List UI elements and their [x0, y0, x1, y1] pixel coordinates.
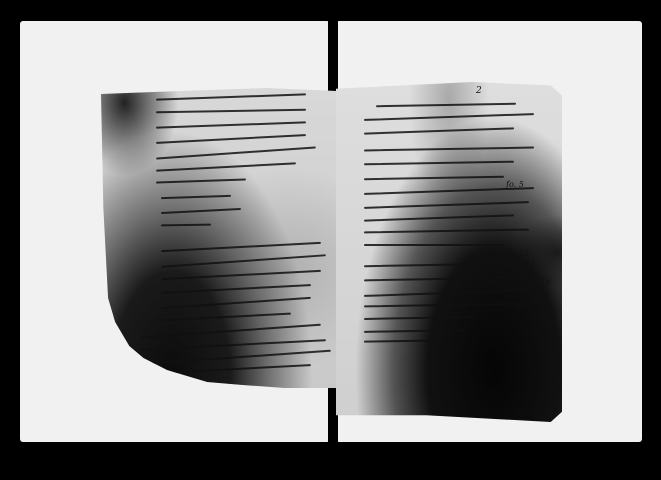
handwriting-line — [161, 195, 231, 199]
handwriting-line — [364, 303, 524, 308]
handwriting-line — [156, 146, 316, 159]
handwriting-line — [161, 270, 321, 280]
handwriting-line — [156, 178, 246, 183]
handwriting-line — [161, 364, 311, 374]
folio-mark: fo. 14 — [512, 260, 535, 269]
handwriting-line — [161, 284, 311, 294]
handwriting-line — [364, 244, 504, 246]
folio-mark: fo. 12 — [506, 249, 529, 258]
handwriting-line — [156, 121, 306, 128]
handwriting-line — [364, 329, 464, 333]
handwriting-line — [151, 350, 331, 365]
handwriting-line — [364, 176, 504, 180]
handwriting-line — [364, 316, 474, 320]
handwriting-line — [376, 103, 516, 107]
handwriting-line — [156, 93, 306, 100]
handwriting-line — [161, 297, 311, 309]
handwriting-line — [161, 208, 241, 214]
handwriting-line — [364, 161, 514, 166]
handwriting-line — [364, 339, 444, 342]
handwriting-line — [364, 187, 534, 195]
handwriting-line — [156, 162, 296, 171]
handwriting-line — [364, 277, 519, 282]
handwriting-line — [161, 224, 211, 227]
handwriting-line — [141, 339, 326, 351]
handwriting-line — [161, 313, 291, 322]
handwriting-line — [364, 201, 529, 209]
handwriting-line — [364, 229, 529, 234]
manuscript-page-left — [101, 88, 337, 388]
handwriting-line — [364, 127, 514, 134]
manuscript-page-right: 2 fo. 5 fo. 12 fo. 14 fo. 16 fo. 17 — [336, 82, 562, 422]
page-heading-number: 2 — [476, 86, 482, 96]
handwriting-line — [156, 134, 306, 144]
handwriting-line — [161, 242, 321, 252]
handwriting-line — [156, 109, 306, 114]
handwriting-line — [364, 147, 534, 152]
folio-mark: fo. 16 — [528, 277, 551, 286]
handwriting-line — [364, 289, 534, 297]
handwriting-line — [364, 214, 514, 221]
handwriting-line — [364, 263, 504, 267]
handwriting-line — [141, 324, 321, 339]
handwriting-line — [364, 113, 534, 121]
handwriting-line — [161, 254, 326, 268]
